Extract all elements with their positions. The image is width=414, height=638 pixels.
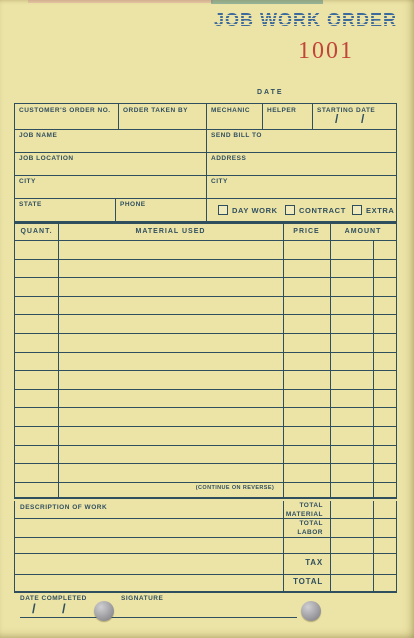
- work-type-option: DAY WORK: [218, 205, 278, 215]
- signature-label: SIGNATURE: [121, 595, 163, 602]
- work-type-option: EXTRA: [352, 205, 394, 215]
- city-field[interactable]: [15, 175, 206, 198]
- total-material-field[interactable]: [330, 501, 396, 518]
- total-material-label: TOTAL MATERIAL: [283, 502, 323, 519]
- item-row-line: [15, 296, 396, 297]
- item-row-line: [15, 463, 396, 464]
- total-field[interactable]: [330, 574, 396, 593]
- starting-date-field[interactable]: [312, 104, 396, 129]
- item-row-line: [15, 277, 396, 278]
- material-used-column-header: MATERIAL USED: [58, 228, 283, 235]
- item-row-line: [15, 389, 396, 390]
- amount-column-header: AMOUNT: [330, 228, 396, 235]
- city-field[interactable]: [206, 175, 396, 198]
- item-row-line: [15, 333, 396, 334]
- state-field[interactable]: [15, 198, 115, 223]
- helper-field[interactable]: [262, 104, 312, 129]
- continue-note: (CONTINUE ON REVERSE): [165, 485, 305, 491]
- form-serial-number: 1001: [298, 38, 354, 65]
- item-row-line: [15, 407, 396, 408]
- cents-divider: [373, 240, 374, 497]
- scan-edge-artifact: [211, 0, 323, 4]
- mechanic-field[interactable]: [206, 104, 262, 129]
- date-label: DATE: [257, 89, 284, 96]
- item-row-line: [15, 352, 396, 353]
- contract-checkbox[interactable]: [285, 205, 295, 215]
- item-row-line: [15, 314, 396, 315]
- header-divider: [15, 240, 396, 241]
- extra-label: EXTRA: [366, 206, 394, 215]
- tax-field[interactable]: [330, 553, 396, 574]
- signature-line[interactable]: [20, 617, 297, 618]
- item-row-line: [15, 370, 396, 371]
- order-taken-by-field[interactable]: [118, 104, 206, 129]
- description-of-work-field[interactable]: [15, 501, 283, 593]
- job-name-field[interactable]: [15, 129, 206, 152]
- job-work-order-form: JOB WORK ORDER 1001 DATE CUSTOMER'S ORDE…: [0, 0, 414, 638]
- item-row-line: [15, 482, 396, 483]
- contract-label: CONTRACT: [299, 206, 346, 215]
- total-label: TOTAL: [283, 578, 323, 587]
- tax-label: TAX: [283, 559, 323, 568]
- date-completed-label: DATE COMPLETED: [20, 595, 87, 602]
- column-divider: [283, 224, 284, 497]
- column-divider: [58, 224, 59, 497]
- total-labor-field[interactable]: [330, 518, 396, 537]
- date-slash: /: [32, 601, 36, 616]
- phone-field[interactable]: [115, 198, 206, 223]
- punch-hole: [94, 601, 114, 621]
- job-location-field[interactable]: [15, 152, 206, 175]
- item-row-line: [15, 259, 396, 260]
- totals-section: DESCRIPTION OF WORK TOTAL MATERIAL TOTAL…: [14, 501, 397, 593]
- customer-info-grid: CUSTOMER'S ORDER NO. ORDER TAKEN BY MECH…: [14, 103, 397, 222]
- work-type-option: CONTRACT: [285, 205, 346, 215]
- column-divider: [330, 224, 331, 497]
- day-work-label: DAY WORK: [232, 206, 278, 215]
- form-title: JOB WORK ORDER: [214, 10, 397, 30]
- total-labor-label: TOTAL LABOR: [283, 520, 323, 537]
- scan-edge-artifact: [28, 0, 213, 3]
- send-bill-to-field[interactable]: [206, 129, 396, 152]
- item-row-line: [15, 426, 396, 427]
- customer-order-no-field[interactable]: [15, 104, 118, 129]
- materials-table[interactable]: QUANT. MATERIAL USED PRICE AMOUNT (CONTI…: [14, 222, 397, 499]
- price-column-header: PRICE: [283, 228, 330, 235]
- date-slash: /: [62, 601, 66, 616]
- day-work-checkbox[interactable]: [218, 205, 228, 215]
- extra-checkbox[interactable]: [352, 205, 362, 215]
- quantity-column-header: QUANT.: [15, 228, 58, 235]
- punch-hole: [301, 601, 321, 621]
- item-row-line: [15, 445, 396, 446]
- address-field[interactable]: [206, 152, 396, 175]
